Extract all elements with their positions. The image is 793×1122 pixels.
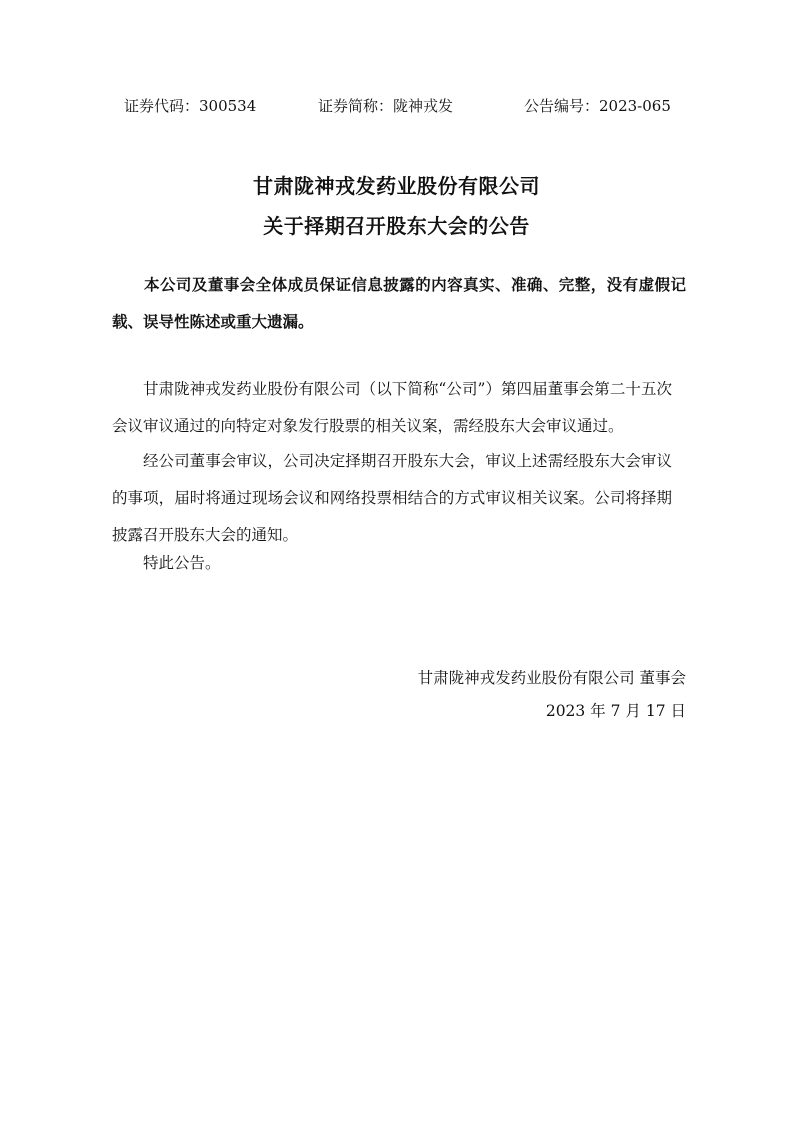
stock-code: 证券代码：300534 (124, 95, 256, 116)
announcement-title: 关于择期召开股东大会的公告 (0, 210, 793, 239)
company-title: 甘肃陇神戎发药业股份有限公司 (0, 170, 793, 199)
disclosure-statement: 本公司及董事会全体成员保证信息披露的内容真实、准确、完整，没有虚假记载、误导性陈… (112, 267, 686, 341)
body-paragraph-2: 经公司董事会审议，公司决定择期召开股东大会，审议上述需经股东大会审议的事项，届时… (112, 443, 672, 554)
announcement-number: 公告编号：2023-065 (524, 95, 671, 116)
document-header: 证券代码：300534 证券简称：陇神戎发 公告编号：2023-065 (0, 95, 793, 117)
closing-remark: 特此公告。 (112, 545, 672, 582)
signature-date: 2023 年 7 月 17 日 (546, 699, 686, 721)
signature-issuer: 甘肃陇神戎发药业股份有限公司 董事会 (418, 666, 686, 688)
stock-short-name: 证券简称：陇神戎发 (318, 95, 453, 116)
body-paragraph-1: 甘肃陇神戎发药业股份有限公司（以下简称“公司”）第四届董事会第二十五次会议审议通… (112, 371, 672, 445)
